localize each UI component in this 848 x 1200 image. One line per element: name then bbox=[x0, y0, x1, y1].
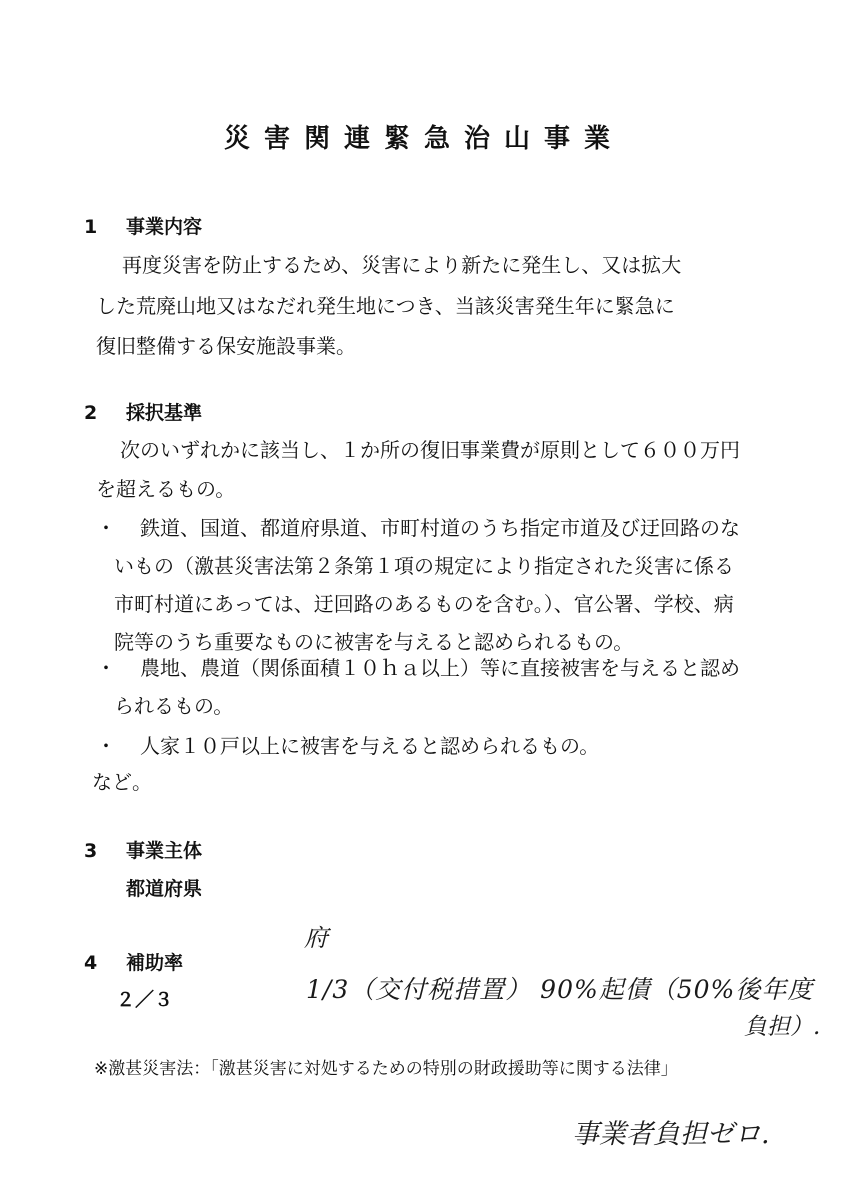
handwritten-bottom-note: 事業者負担ゼロ. bbox=[572, 1112, 770, 1151]
bullet-marker: ・ bbox=[96, 512, 116, 541]
section-1-line-3: 復旧整備する保安施設事業。 bbox=[96, 330, 356, 359]
section-number: 1 bbox=[84, 216, 126, 238]
section-2-closing: など。 bbox=[92, 766, 152, 795]
bullet-marker: ・ bbox=[96, 730, 116, 759]
section-2-heading: 2採択基準 bbox=[84, 398, 202, 425]
bullet-1-line-3: 市町村道にあっては、迂回路のあるものを含む。）、官公署、学校、病 bbox=[114, 588, 734, 617]
section-title: 事業内容 bbox=[126, 216, 202, 238]
section-4-heading: 4補助率 bbox=[84, 948, 183, 975]
section-4-value: ２／３ bbox=[116, 985, 173, 1012]
section-1-line-1: 再度災害を防止するため、災害により新たに発生し、又は拡大 bbox=[122, 249, 681, 278]
section-title: 事業主体 bbox=[126, 840, 202, 862]
bullet-1-line-4: 院等のうち重要なものに被害を与えると認められるもの。 bbox=[114, 626, 633, 655]
document-title: 災害関連緊急治山事業 bbox=[0, 118, 848, 155]
handwritten-share-note-cont: 負担）. bbox=[744, 1008, 820, 1041]
handwritten-share-note: 1/3（交付税措置） 90%起債（50%後年度 bbox=[306, 970, 813, 1006]
section-number: 2 bbox=[84, 402, 126, 424]
section-title: 採択基準 bbox=[126, 402, 202, 424]
bullet-marker: ・ bbox=[96, 652, 116, 681]
section-1-heading: 1事業内容 bbox=[84, 212, 202, 239]
handwritten-prefecture-label: 府 bbox=[304, 918, 328, 953]
bullet-1-line-2: いもの（激甚災害法第２条第１項の規定により指定された災害に係る bbox=[114, 550, 734, 579]
section-title: 補助率 bbox=[126, 952, 183, 974]
bullet-1-line-1: 鉄道、国道、都道府県道、市町村道のうち指定市道及び迂回路のな bbox=[140, 512, 740, 541]
section-number: 4 bbox=[84, 952, 126, 974]
section-2-intro-line-2: を超えるもの。 bbox=[96, 473, 235, 502]
bullet-2-line-1: 農地、農道（関係面積１０ｈａ以上）等に直接被害を与えると認め bbox=[140, 652, 740, 681]
bullet-3-line-1: 人家１０戸以上に被害を与えると認められるもの。 bbox=[140, 730, 599, 759]
section-3-value: 都道府県 bbox=[126, 874, 202, 901]
footnote: ※激甚災害法：「激甚災害に対処するための特別の財政援助等に関する法律」 bbox=[94, 1054, 678, 1079]
section-1-line-2: した荒廃山地又はなだれ発生地につき、当該災害発生年に緊急に bbox=[96, 290, 675, 319]
section-number: 3 bbox=[84, 840, 126, 862]
section-3-heading: 3事業主体 bbox=[84, 836, 202, 863]
bullet-2-line-2: られるもの。 bbox=[114, 690, 233, 719]
section-2-intro-line-1: 次のいずれかに該当し、１か所の復旧事業費が原則として６００万円 bbox=[120, 434, 740, 463]
